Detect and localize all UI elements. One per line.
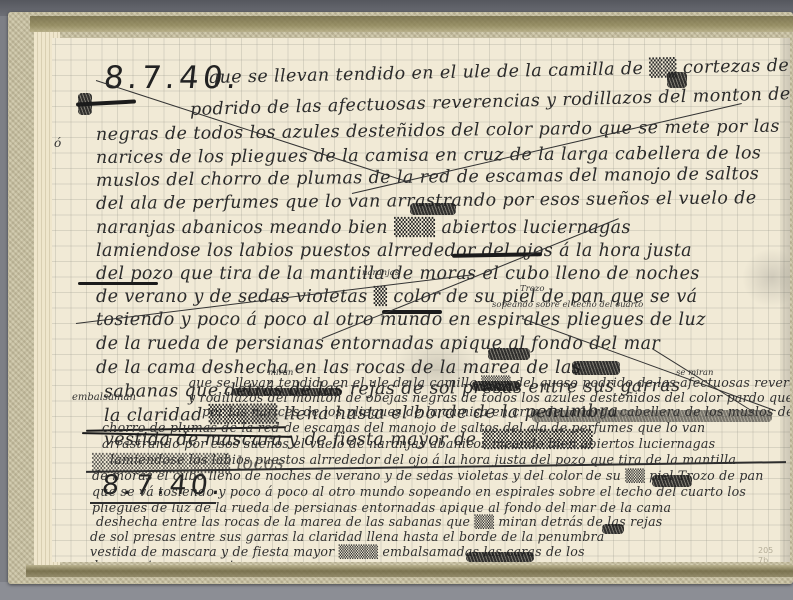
notebook-cover: ó 8.7.40. que se llevan tendido en el ul… [8,12,793,584]
manuscript-page: ó 8.7.40. que se llevan tendido en el ul… [52,38,790,562]
pencil-folio-number: 205 7b [758,546,773,562]
draft-2-line: y rodillazos del monton de obejas negras… [188,390,790,405]
draft-2-line: chorro de plumas de la red de escamas de… [102,420,705,435]
draft-2-line: pliegues de luz de la rueda de persianas… [92,500,671,515]
ink-smudge [742,248,790,308]
binding-edge-top [30,16,793,32]
folio-suffix: 7b [758,556,773,562]
binding-edge-bottom [26,565,793,577]
draft-1-line: que se llevan tendido en el ule de la ca… [208,54,790,88]
draft-2-line: arrastrando por esos sueños el vuelo de … [102,436,715,451]
draft-2-line: lamiendose los labios puestos alrrededor… [110,452,736,467]
draft-2-line: por las narices de los pliegues de la ca… [202,404,790,419]
ink-scribble [572,361,620,375]
ink-scribble [488,348,530,360]
draft-1-line: naranjas abanicos meando bien ▒▒▒ abiert… [96,218,631,238]
draft-1-line: muslos del chorro de plumas de la red de… [96,164,759,191]
ink-scribble [652,475,692,487]
ink-scribble [466,552,534,562]
scanner-backdrop-bottom [0,582,793,600]
draft-1-line: lamiendose los labios puestos alrrededor… [96,241,692,261]
ink-scribble [602,524,624,534]
draft-1-line: negras de todos los azules desteñidos de… [96,117,780,145]
folio-number: 205 [758,546,773,556]
insertion-note: sopeando sobre el techo del cuarto [492,300,643,310]
insertion-note: embalsaman [72,392,136,403]
ink-scribble [78,93,92,115]
strike-through [78,282,158,285]
ink-scribble [667,72,687,88]
ink-scribble [410,203,456,215]
insertion-note: Trozo [520,284,544,294]
draft-2-line: deshecha entre las rocas de la marea de … [96,514,662,529]
ink-scribble [472,381,520,391]
draft-2-line: que se vá tosiendo y poco á poco al otro… [92,484,746,499]
draft-2-line: dos espejos que se miran [90,558,255,562]
draft-1-line: podrido de las afectuosas reverencias y … [190,83,790,120]
insertion-note: naranjas [362,268,399,278]
draft-2-line: de sol presas entre sus garras la clarid… [90,529,604,544]
pencil-mark: ó [54,136,61,150]
